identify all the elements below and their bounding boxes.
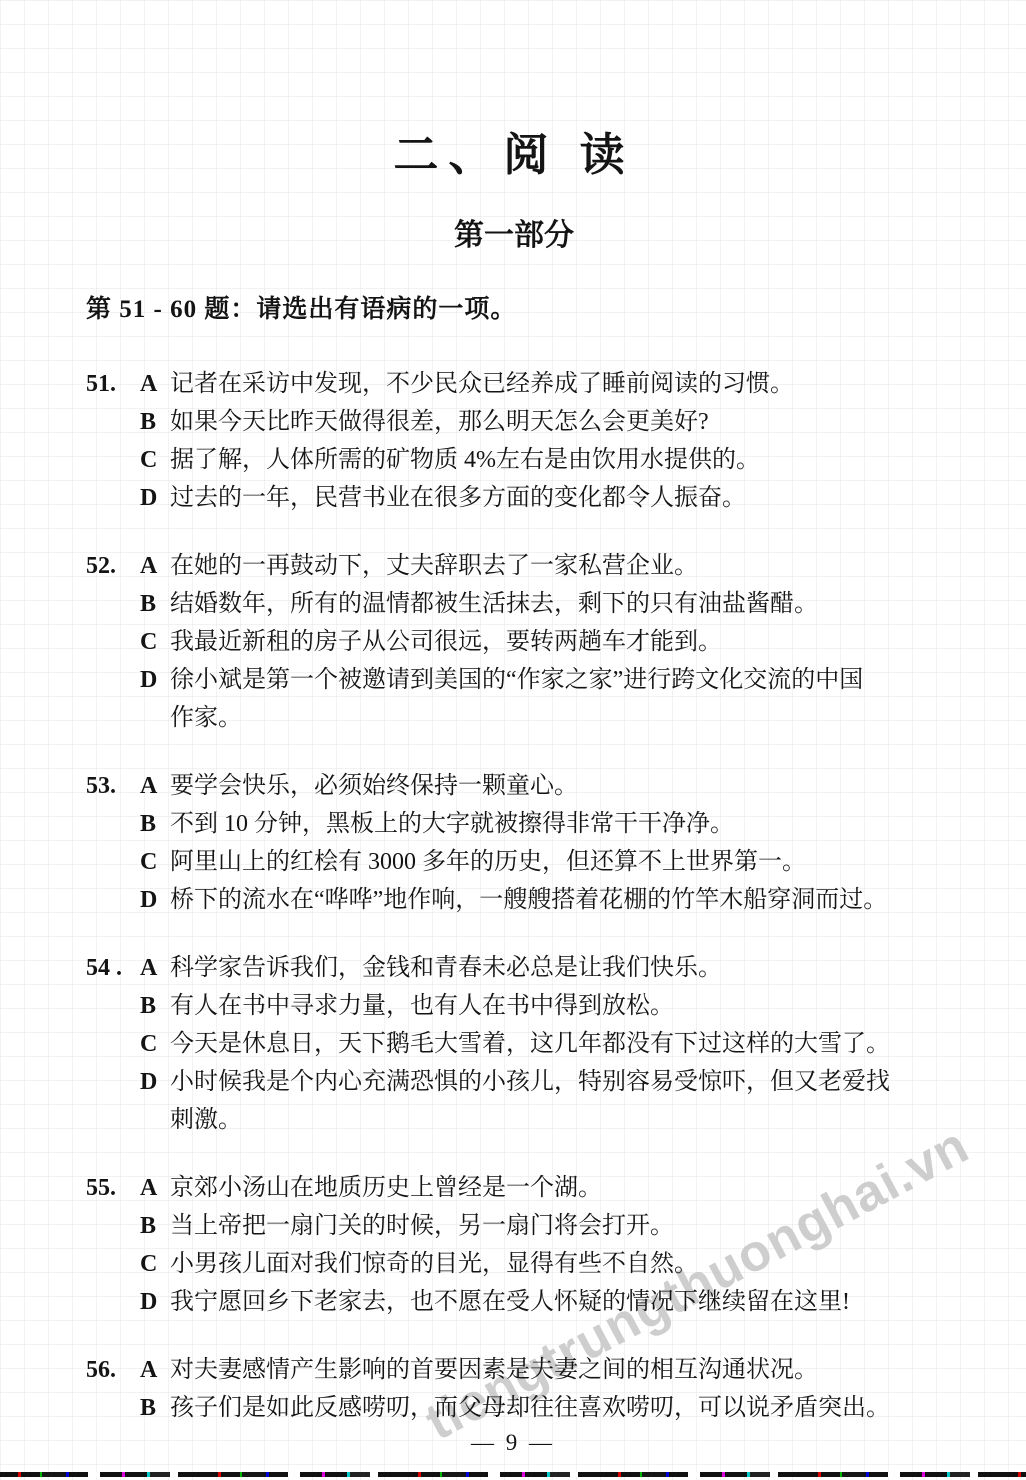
question-56: 56. A 对夫妻感情产生影响的首要因素是夫妻之间的相互沟通状况。 B 孩子们是… <box>86 1351 942 1427</box>
option-text: 小男孩儿面对我们惊奇的目光，显得有些不自然。 <box>170 1245 942 1283</box>
option-line: 在她的一再鼓动下，丈夫辞职去了一家私营企业。 <box>170 547 942 585</box>
question-54: 54 . A 科学家告诉我们，金钱和青春未必总是让我们快乐。 B 有人在书中寻求… <box>86 949 942 1139</box>
question-52: 52. A 在她的一再鼓动下，丈夫辞职去了一家私营企业。 B 结婚数年，所有的温… <box>86 547 942 737</box>
question-55: 55. A 京郊小汤山在地质历史上曾经是一个湖。 B 当上帝把一扇门关的时候，另… <box>86 1169 942 1321</box>
question-number: 56. <box>86 1351 140 1427</box>
option-row: B 如果今天比昨天做得很差，那么明天怎么会更美好? <box>140 403 942 441</box>
option-label: C <box>140 1245 170 1283</box>
option-line: 今天是休息日，天下鹅毛大雪着，这几年都没有下过这样的大雪了。 <box>170 1025 942 1063</box>
option-label: D <box>140 1063 170 1139</box>
option-row: B 不到 10 分钟，黑板上的大字就被擦得非常干干净净。 <box>140 805 942 843</box>
option-text: 科学家告诉我们，金钱和青春未必总是让我们快乐。 <box>170 949 942 987</box>
option-row: D 我宁愿回乡下老家去，也不愿在受人怀疑的情况下继续留在这里! <box>140 1283 942 1321</box>
option-text: 小时候我是个内心充满恐惧的小孩儿，特别容易受惊吓，但又老爱找 刺激。 <box>170 1063 942 1139</box>
option-label: D <box>140 479 170 517</box>
question-number: 51. <box>86 365 140 517</box>
option-text: 过去的一年，民营书业在很多方面的变化都令人振奋。 <box>170 479 942 517</box>
option-line: 京郊小汤山在地质历史上曾经是一个湖。 <box>170 1169 942 1207</box>
option-line: 小男孩儿面对我们惊奇的目光，显得有些不自然。 <box>170 1245 942 1283</box>
option-label: B <box>140 403 170 441</box>
option-line: 桥下的流水在“哗哗”地作响，一艘艘搭着花棚的竹竿木船穿洞而过。 <box>170 881 942 919</box>
option-row: B 孩子们是如此反感唠叨，而父母却往往喜欢唠叨，可以说矛盾突出。 <box>140 1389 942 1427</box>
question-51: 51. A 记者在采访中发现，不少民众已经养成了睡前阅读的习惯。 B 如果今天比… <box>86 365 942 517</box>
option-line: 记者在采访中发现，不少民众已经养成了睡前阅读的习惯。 <box>170 365 942 403</box>
option-row: B 有人在书中寻求力量，也有人在书中得到放松。 <box>140 987 942 1025</box>
question-53: 53. A 要学会快乐，必须始终保持一颗童心。 B 不到 10 分钟，黑板上的大… <box>86 767 942 919</box>
exam-page: tiengtrungthuonghai.vn 二、阅 读 第一部分 第 51 -… <box>0 0 1026 1480</box>
option-row: D 小时候我是个内心充满恐惧的小孩儿，特别容易受惊吓，但又老爱找 刺激。 <box>140 1063 942 1139</box>
option-text: 孩子们是如此反感唠叨，而父母却往往喜欢唠叨，可以说矛盾突出。 <box>170 1389 942 1427</box>
option-label: A <box>140 365 170 403</box>
option-row: C 我最近新租的房子从公司很远，要转两趟车才能到。 <box>140 623 942 661</box>
option-label: B <box>140 1207 170 1245</box>
option-line: 要学会快乐，必须始终保持一颗童心。 <box>170 767 942 805</box>
option-text: 要学会快乐，必须始终保持一颗童心。 <box>170 767 942 805</box>
option-text: 当上帝把一扇门关的时候，另一扇门将会打开。 <box>170 1207 942 1245</box>
option-text: 我最近新租的房子从公司很远，要转两趟车才能到。 <box>170 623 942 661</box>
option-line: 当上帝把一扇门关的时候，另一扇门将会打开。 <box>170 1207 942 1245</box>
page-number: — 9 — <box>0 1430 1026 1456</box>
option-text: 有人在书中寻求力量，也有人在书中得到放松。 <box>170 987 942 1025</box>
option-line: 科学家告诉我们，金钱和青春未必总是让我们快乐。 <box>170 949 942 987</box>
option-label: D <box>140 1283 170 1321</box>
section-title: 二、阅 读 <box>86 128 942 182</box>
option-row: B 当上帝把一扇门关的时候，另一扇门将会打开。 <box>140 1207 942 1245</box>
option-line: 有人在书中寻求力量，也有人在书中得到放松。 <box>170 987 942 1025</box>
option-text: 不到 10 分钟，黑板上的大字就被擦得非常干干净净。 <box>170 805 942 843</box>
question-number: 55. <box>86 1169 140 1321</box>
question-number: 53. <box>86 767 140 919</box>
option-label: C <box>140 843 170 881</box>
option-row: D 桥下的流水在“哗哗”地作响，一艘艘搭着花棚的竹竿木船穿洞而过。 <box>140 881 942 919</box>
option-label: A <box>140 767 170 805</box>
option-text: 桥下的流水在“哗哗”地作响，一艘艘搭着花棚的竹竿木船穿洞而过。 <box>170 881 942 919</box>
option-group: A 在她的一再鼓动下，丈夫辞职去了一家私营企业。 B 结婚数年，所有的温情都被生… <box>140 547 942 737</box>
option-row: A 要学会快乐，必须始终保持一颗童心。 <box>140 767 942 805</box>
option-row: C 据了解，人体所需的矿物质 4%左右是由饮用水提供的。 <box>140 441 942 479</box>
option-row: C 阿里山上的红桧有 3000 多年的历史，但还算不上世界第一。 <box>140 843 942 881</box>
option-row: D 徐小斌是第一个被邀请到美国的“作家之家”进行跨文化交流的中国 作家。 <box>140 661 942 737</box>
option-text: 徐小斌是第一个被邀请到美国的“作家之家”进行跨文化交流的中国 作家。 <box>170 661 942 737</box>
question-list: 51. A 记者在采访中发现，不少民众已经养成了睡前阅读的习惯。 B 如果今天比… <box>86 365 942 1427</box>
option-row: C 小男孩儿面对我们惊奇的目光，显得有些不自然。 <box>140 1245 942 1283</box>
option-label: A <box>140 1351 170 1389</box>
option-group: A 科学家告诉我们，金钱和青春未必总是让我们快乐。 B 有人在书中寻求力量，也有… <box>140 949 942 1139</box>
option-line: 结婚数年，所有的温情都被生活抹去，剩下的只有油盐酱醋。 <box>170 585 942 623</box>
option-group: A 京郊小汤山在地质历史上曾经是一个湖。 B 当上帝把一扇门关的时候，另一扇门将… <box>140 1169 942 1321</box>
option-row: B 结婚数年，所有的温情都被生活抹去，剩下的只有油盐酱醋。 <box>140 585 942 623</box>
option-line: 我宁愿回乡下老家去，也不愿在受人怀疑的情况下继续留在这里! <box>170 1283 942 1321</box>
part-subtitle: 第一部分 <box>86 218 942 254</box>
scan-noise-strip <box>0 1472 1026 1477</box>
option-line: 孩子们是如此反感唠叨，而父母却往往喜欢唠叨，可以说矛盾突出。 <box>170 1389 942 1427</box>
option-row: A 对夫妻感情产生影响的首要因素是夫妻之间的相互沟通状况。 <box>140 1351 942 1389</box>
option-label: B <box>140 805 170 843</box>
option-row: A 京郊小汤山在地质历史上曾经是一个湖。 <box>140 1169 942 1207</box>
option-line: 对夫妻感情产生影响的首要因素是夫妻之间的相互沟通状况。 <box>170 1351 942 1389</box>
option-group: A 记者在采访中发现，不少民众已经养成了睡前阅读的习惯。 B 如果今天比昨天做得… <box>140 365 942 517</box>
option-label: B <box>140 1389 170 1427</box>
option-row: C 今天是休息日，天下鹅毛大雪着，这几年都没有下过这样的大雪了。 <box>140 1025 942 1063</box>
option-text: 我宁愿回乡下老家去，也不愿在受人怀疑的情况下继续留在这里! <box>170 1283 942 1321</box>
option-label: D <box>140 661 170 737</box>
option-line: 徐小斌是第一个被邀请到美国的“作家之家”进行跨文化交流的中国 <box>170 661 942 699</box>
option-text: 如果今天比昨天做得很差，那么明天怎么会更美好? <box>170 403 942 441</box>
option-label: A <box>140 949 170 987</box>
option-row: A 科学家告诉我们，金钱和青春未必总是让我们快乐。 <box>140 949 942 987</box>
option-text: 结婚数年，所有的温情都被生活抹去，剩下的只有油盐酱醋。 <box>170 585 942 623</box>
option-line: 我最近新租的房子从公司很远，要转两趟车才能到。 <box>170 623 942 661</box>
option-label: B <box>140 585 170 623</box>
option-line: 小时候我是个内心充满恐惧的小孩儿，特别容易受惊吓，但又老爱找 <box>170 1063 942 1101</box>
option-label: B <box>140 987 170 1025</box>
option-row: A 在她的一再鼓动下，丈夫辞职去了一家私营企业。 <box>140 547 942 585</box>
question-number: 54 . <box>86 949 140 1139</box>
option-label: C <box>140 1025 170 1063</box>
option-label: A <box>140 1169 170 1207</box>
option-line: 如果今天比昨天做得很差，那么明天怎么会更美好? <box>170 403 942 441</box>
option-group: A 对夫妻感情产生影响的首要因素是夫妻之间的相互沟通状况。 B 孩子们是如此反感… <box>140 1351 942 1427</box>
option-text: 记者在采访中发现，不少民众已经养成了睡前阅读的习惯。 <box>170 365 942 403</box>
option-line: 刺激。 <box>170 1101 942 1139</box>
question-number: 52. <box>86 547 140 737</box>
option-label: D <box>140 881 170 919</box>
option-row: A 记者在采访中发现，不少民众已经养成了睡前阅读的习惯。 <box>140 365 942 403</box>
instruction-text: 第 51 - 60 题：请选出有语病的一项。 <box>86 294 942 327</box>
page-content: 二、阅 读 第一部分 第 51 - 60 题：请选出有语病的一项。 51. A … <box>0 0 1026 1427</box>
option-line: 不到 10 分钟，黑板上的大字就被擦得非常干干净净。 <box>170 805 942 843</box>
option-label: C <box>140 441 170 479</box>
option-group: A 要学会快乐，必须始终保持一颗童心。 B 不到 10 分钟，黑板上的大字就被擦… <box>140 767 942 919</box>
option-text: 在她的一再鼓动下，丈夫辞职去了一家私营企业。 <box>170 547 942 585</box>
option-label: C <box>140 623 170 661</box>
option-label: A <box>140 547 170 585</box>
option-text: 对夫妻感情产生影响的首要因素是夫妻之间的相互沟通状况。 <box>170 1351 942 1389</box>
option-line: 阿里山上的红桧有 3000 多年的历史，但还算不上世界第一。 <box>170 843 942 881</box>
option-text: 京郊小汤山在地质历史上曾经是一个湖。 <box>170 1169 942 1207</box>
option-row: D 过去的一年，民营书业在很多方面的变化都令人振奋。 <box>140 479 942 517</box>
option-line: 过去的一年，民营书业在很多方面的变化都令人振奋。 <box>170 479 942 517</box>
option-line: 作家。 <box>170 699 942 737</box>
option-text: 阿里山上的红桧有 3000 多年的历史，但还算不上世界第一。 <box>170 843 942 881</box>
option-text: 据了解，人体所需的矿物质 4%左右是由饮用水提供的。 <box>170 441 942 479</box>
option-line: 据了解，人体所需的矿物质 4%左右是由饮用水提供的。 <box>170 441 942 479</box>
option-text: 今天是休息日，天下鹅毛大雪着，这几年都没有下过这样的大雪了。 <box>170 1025 942 1063</box>
